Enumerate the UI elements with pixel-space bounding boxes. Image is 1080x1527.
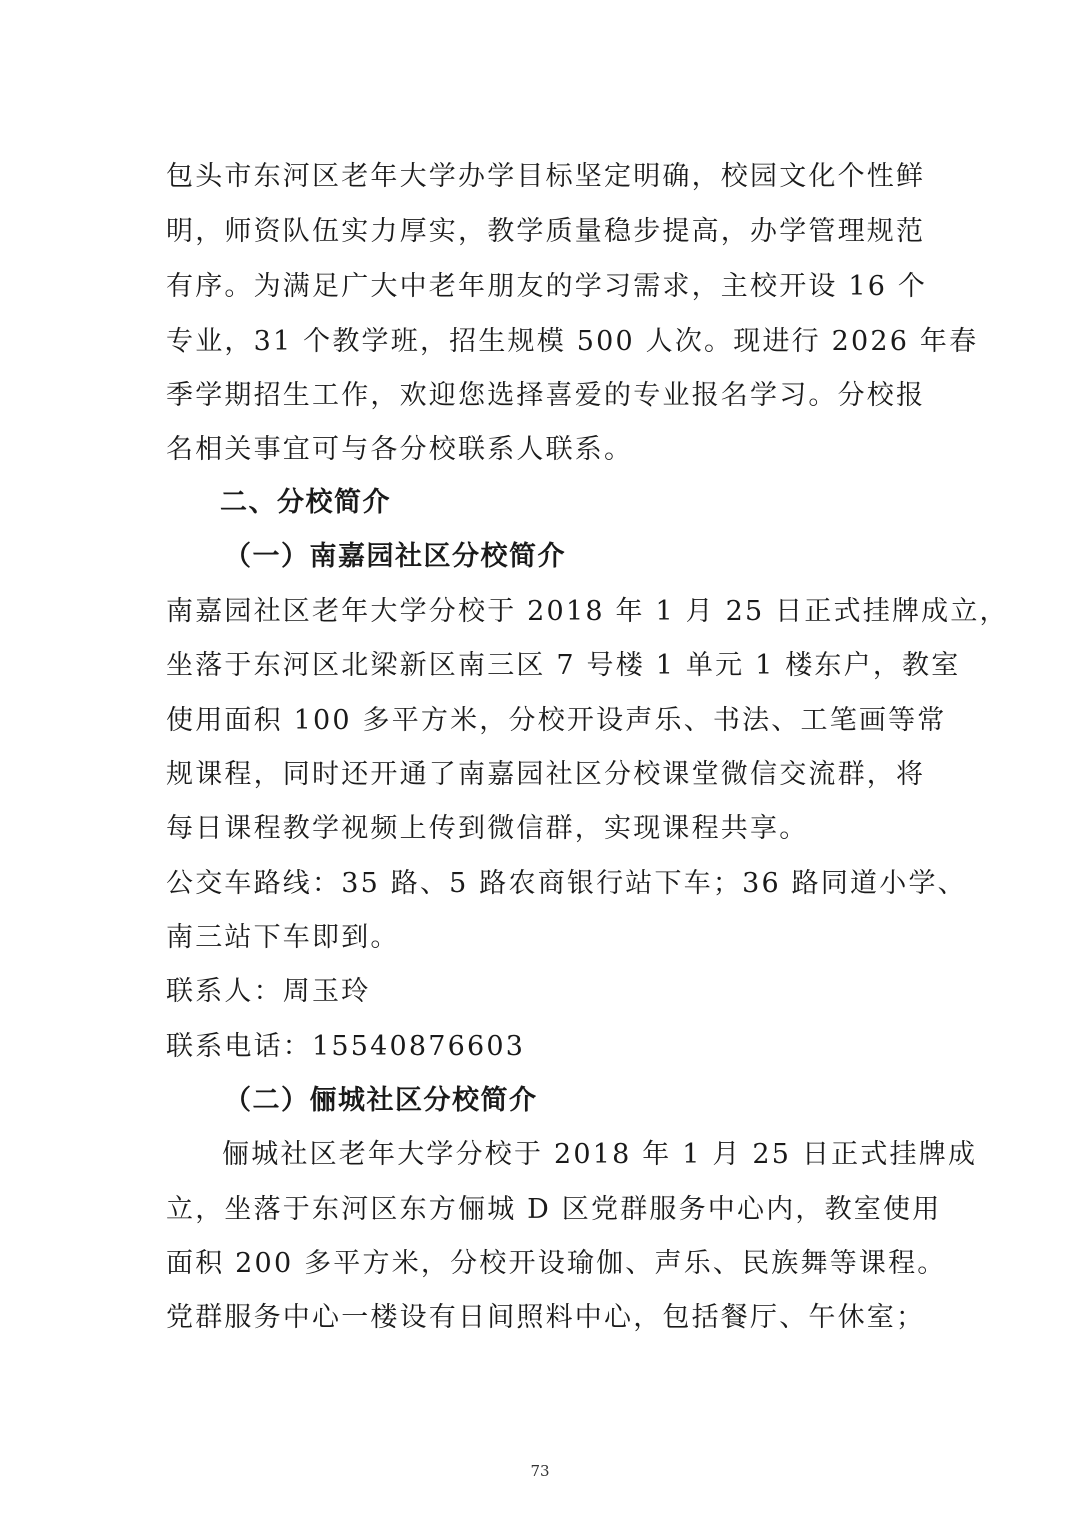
bus-route-line: 南三站下车即到。 — [166, 918, 918, 958]
nanjiayuan-contact-phone: 联系电话：15540876603 — [166, 1027, 918, 1067]
section-heading-branch-intro: 二、分校简介 — [220, 483, 391, 523]
document-page: 包头市东河区老年大学办学目标坚定明确，校园文化个性鲜 明，师资队伍实力厚实，教学… — [0, 0, 1080, 1527]
text-line: 有序。为满足广大中老年朋友的学习需求，主校开设 16 个 — [166, 267, 918, 307]
text-line: 季学期招生工作，欢迎您选择喜爱的专业报名学习。分校报 — [166, 376, 918, 416]
text-line: 包头市东河区老年大学办学目标坚定明确，校园文化个性鲜 — [166, 157, 918, 197]
text-line: 坐落于东河区北梁新区南三区 7 号楼 1 单元 1 楼东户，教室 — [166, 646, 918, 686]
text-line: 党群服务中心一楼设有日间照料中心，包括餐厅、午休室； — [166, 1298, 918, 1338]
text-line: 明，师资队伍实力厚实，教学质量稳步提高，办学管理规范 — [166, 212, 918, 252]
subsection-heading-nanjiayuan: （一）南嘉园社区分校简介 — [224, 537, 566, 577]
text-line: 南嘉园社区老年大学分校于 2018 年 1 月 25 日正式挂牌成立， — [166, 592, 918, 632]
text-line: 每日课程教学视频上传到微信群，实现课程共享。 — [166, 809, 918, 849]
bus-route-line: 公交车路线：35 路、5 路农商银行站下车；36 路同道小学、 — [166, 864, 918, 904]
nanjiayuan-contact-person: 联系人：周玉玲 — [166, 972, 918, 1012]
text-line: 名相关事宜可与各分校联系人联系。 — [166, 430, 918, 470]
subsection-heading-licheng: （二）俪城社区分校简介 — [224, 1081, 538, 1121]
text-line: 专业，31 个教学班，招生规模 500 人次。现进行 2026 年春 — [166, 322, 918, 362]
text-line: 使用面积 100 多平方米，分校开设声乐、书法、工笔画等常 — [166, 701, 918, 741]
text-line: 立，坐落于东河区东方俪城 D 区党群服务中心内，教室使用 — [166, 1190, 918, 1230]
text-line: 俪城社区老年大学分校于 2018 年 1 月 25 日正式挂牌成 — [222, 1135, 918, 1175]
text-line: 面积 200 多平方米，分校开设瑜伽、声乐、民族舞等课程。 — [166, 1244, 918, 1284]
text-line: 规课程，同时还开通了南嘉园社区分校课堂微信交流群，将 — [166, 755, 918, 795]
page-number: 73 — [0, 1462, 1080, 1480]
